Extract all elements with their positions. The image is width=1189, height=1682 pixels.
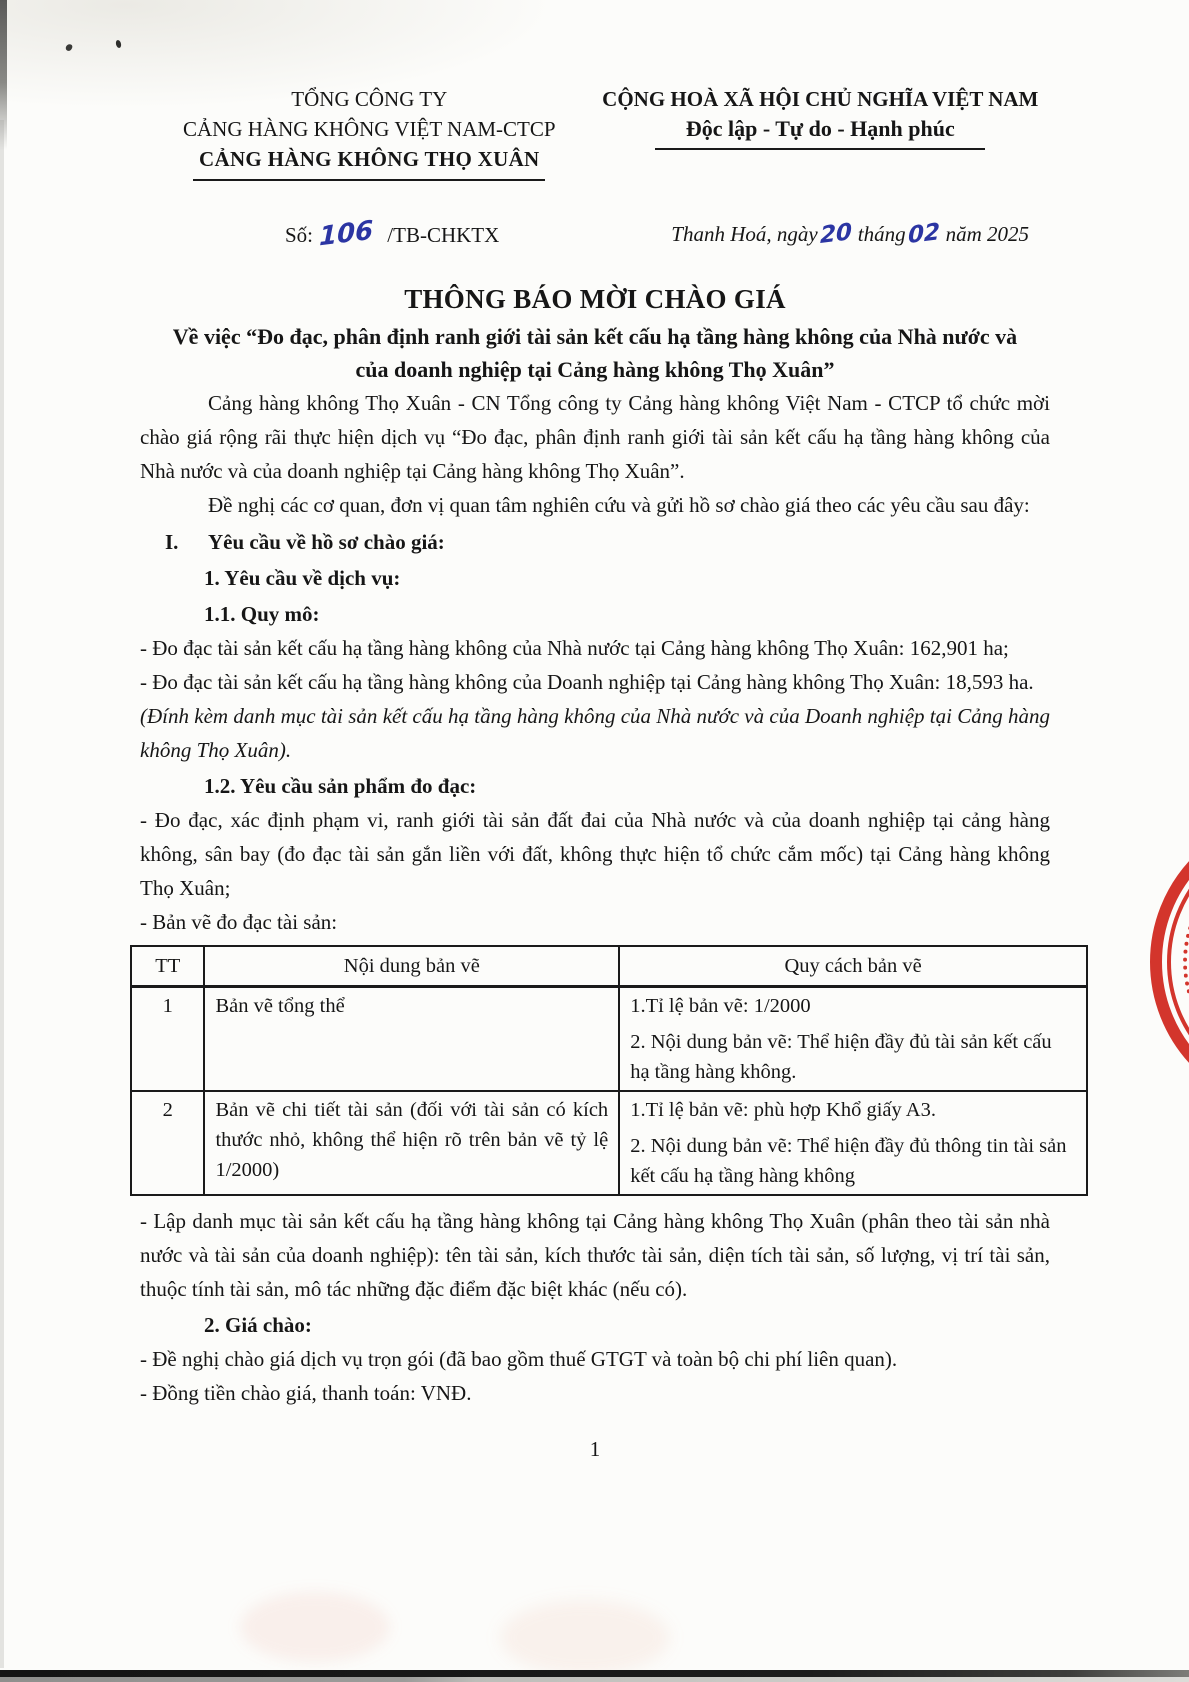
scan-bottom-dark-line <box>0 1670 1189 1677</box>
asset-list-paragraph: - Lập danh mục tài sản kết cấu hạ tầng h… <box>140 1204 1050 1306</box>
date-year: năm 2025 <box>946 222 1029 246</box>
subsection-scale-heading: 1.1. Quy mô: <box>204 597 1050 631</box>
org-company-name: CẢNG HÀNG KHÔNG VIỆT NAM-CTCP <box>148 114 591 144</box>
scan-bottom-gray-line <box>0 1677 1189 1682</box>
price-bullet-lump-sum: - Đề nghị chào giá dịch vụ trọn gói (đã … <box>140 1342 1050 1376</box>
issue-date: Thanh Hoá, ngày20tháng02năm 2025 <box>671 217 1029 252</box>
doc-number: Số:106/TB-CHKTX <box>285 217 499 252</box>
scan-bottom-band <box>0 1670 1189 1682</box>
subsection-price-heading: 2. Giá chào: <box>204 1308 1050 1342</box>
subsection-product-heading: 1.2. Yêu cầu sản phẩm đo đạc: <box>204 769 1050 803</box>
page-number: 1 <box>140 1432 1050 1466</box>
table-header-tt: TT <box>131 946 204 987</box>
doc-number-handwritten: 106 <box>319 214 373 255</box>
product-bullet-survey: - Đo đạc, xác định phạm vi, ranh giới tà… <box>140 803 1050 905</box>
spec-item: 2. Nội dung bản vẽ: Thể hiện đầy đủ tài … <box>630 1027 1076 1087</box>
table-header-row: TT Nội dung bản vẽ Quy cách bản vẽ <box>131 946 1087 987</box>
scan-smudge <box>500 1600 670 1675</box>
org-underline <box>193 179 545 181</box>
doc-number-suffix: /TB-CHKTX <box>387 223 499 247</box>
price-bullet-currency: - Đồng tiền chào giá, thanh toán: VNĐ. <box>140 1376 1050 1410</box>
table-header-content: Nội dung bản vẽ <box>204 946 619 987</box>
doc-number-label: Số: <box>285 223 313 247</box>
row-number: 1 <box>131 987 204 1092</box>
section-numeral: I. <box>165 525 208 559</box>
attachment-note: (Đính kèm danh mục tài sản kết cấu hạ tầ… <box>140 699 1050 767</box>
spec-item: 1.Tỉ lệ bản vẽ: phù hợp Khổ giấy A3. <box>630 1095 1076 1125</box>
subsection-service-heading: 1. Yêu cầu về dịch vụ: <box>204 561 1050 595</box>
scan-smudge <box>240 1592 390 1662</box>
table-row: 1 Bản vẽ tổng thể 1.Tỉ lệ bản vẽ: 1/2000… <box>131 987 1087 1092</box>
scanned-document-page: M . S . C . N . ★ TỔNG CÔNG TY CẢNG HÀNG… <box>0 0 1189 1682</box>
scale-bullet-state-assets: - Đo đạc tài sản kết cấu hạ tầng hàng kh… <box>140 631 1050 665</box>
docnum-date-row: Số:106/TB-CHKTX Thanh Hoá, ngày20tháng02… <box>140 217 1050 252</box>
date-month-label: tháng <box>858 222 906 246</box>
org-unit-name: CẢNG HÀNG KHÔNG THỌ XUÂN <box>148 144 591 174</box>
national-title: CỘNG HOÀ XÃ HỘI CHỦ NGHĨA VIỆT NAM <box>591 84 1050 114</box>
spec-item: 2. Nội dung bản vẽ: Thể hiện đầy đủ thôn… <box>630 1131 1076 1191</box>
date-day-handwritten: 20 <box>820 215 852 253</box>
row-content: Bản vẽ chi tiết tài sản (đối với tài sản… <box>204 1091 619 1195</box>
section-heading-text: Yêu cầu về hồ sơ chào giá: <box>208 525 445 559</box>
section-1-heading: I. Yêu cầu về hồ sơ chào giá: <box>140 525 1050 559</box>
row-number: 2 <box>131 1091 204 1195</box>
date-month-handwritten: 02 <box>907 215 939 253</box>
org-parent-name: TỔNG CÔNG TY <box>148 84 591 114</box>
intro-paragraph-1: Cảng hàng không Thọ Xuân - CN Tổng công … <box>140 386 1050 488</box>
org-header: TỔNG CÔNG TY CẢNG HÀNG KHÔNG VIỆT NAM-CT… <box>148 84 591 181</box>
row-content: Bản vẽ tổng thể <box>204 987 619 1092</box>
product-bullet-drawings: - Bản vẽ đo đạc tài sản: <box>140 905 1050 939</box>
spec-item: 1.Tỉ lệ bản vẽ: 1/2000 <box>630 991 1076 1021</box>
official-stamp: M . S . C . N . ★ <box>1150 812 1189 1112</box>
date-prefix: Thanh Hoá, ngày <box>671 222 817 246</box>
row-spec: 1.Tỉ lệ bản vẽ: 1/2000 2. Nội dung bản v… <box>619 987 1087 1092</box>
table-header-spec: Quy cách bản vẽ <box>619 946 1087 987</box>
table-row: 2 Bản vẽ chi tiết tài sản (đối với tài s… <box>131 1091 1087 1195</box>
row-spec: 1.Tỉ lệ bản vẽ: phù hợp Khổ giấy A3. 2. … <box>619 1091 1087 1195</box>
motto-underline <box>655 148 985 150</box>
scan-edge-line <box>0 120 4 1668</box>
national-motto: Độc lập - Tự do - Hạnh phúc <box>591 114 1050 144</box>
page-title: THÔNG BÁO MỜI CHÀO GIÁ <box>140 282 1050 316</box>
drawing-spec-table: TT Nội dung bản vẽ Quy cách bản vẽ 1 Bản… <box>130 945 1088 1196</box>
intro-paragraph-2: Đề nghị các cơ quan, đơn vị quan tâm ngh… <box>140 488 1050 522</box>
page-subtitle: Về việc “Đo đạc, phân định ranh giới tài… <box>140 320 1050 386</box>
national-header: CỘNG HOÀ XÃ HỘI CHỦ NGHĨA VIỆT NAM Độc l… <box>591 84 1050 181</box>
document-content: TỔNG CÔNG TY CẢNG HÀNG KHÔNG VIỆT NAM-CT… <box>140 84 1050 1466</box>
document-header: TỔNG CÔNG TY CẢNG HÀNG KHÔNG VIỆT NAM-CT… <box>140 84 1050 181</box>
scale-bullet-enterprise-assets: - Đo đạc tài sản kết cấu hạ tầng hàng kh… <box>140 665 1050 699</box>
